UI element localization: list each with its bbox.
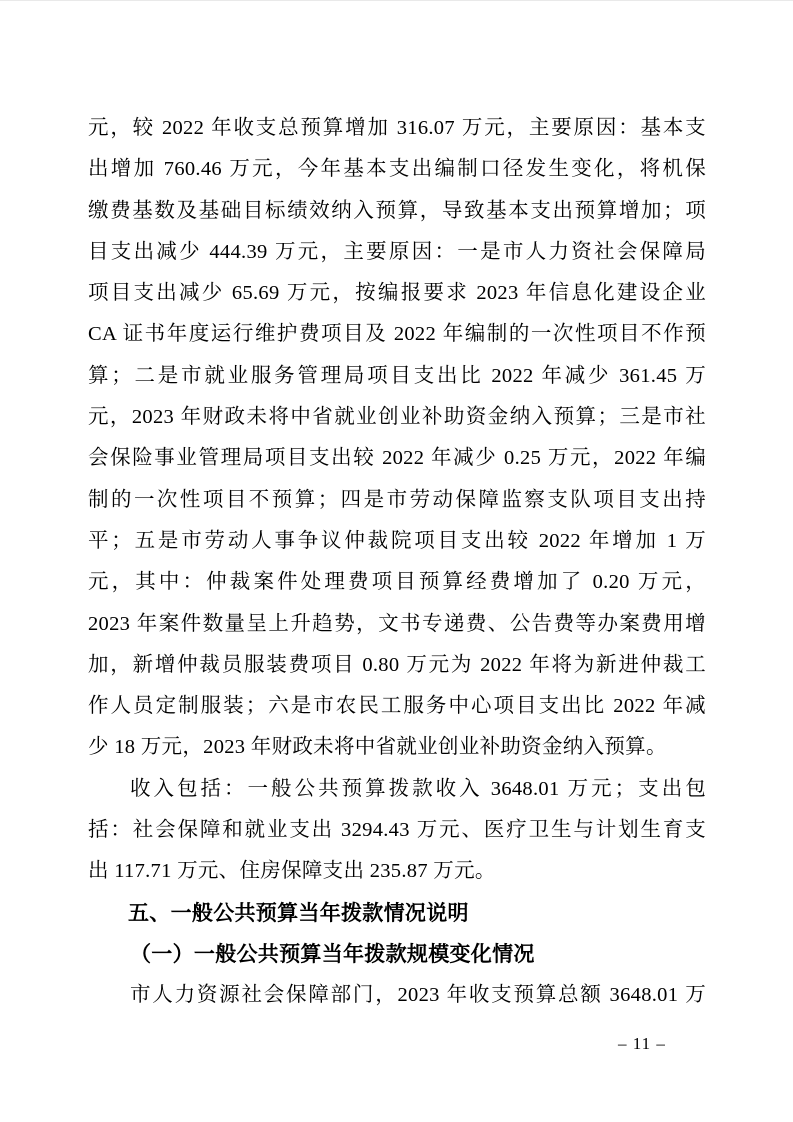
body-text-line: 制的一次性项目不预算；四是市劳动保障监察支队项目支出持 — [88, 480, 706, 521]
body-text-line: 加，新增仲裁员服装费项目 0.80 万元为 2022 年将为新进仲裁工 — [88, 645, 706, 686]
body-text-line: 目支出减少 444.39 万元，主要原因：一是市人力资社会保障局 — [88, 232, 706, 273]
body-text-line: 括：社会保障和就业支出 3294.43 万元、医疗卫生与计划生育支 — [88, 810, 706, 851]
body-text-line: 平；五是市劳动人事争议仲裁院项目支出较 2022 年增加 1 万 — [88, 521, 706, 562]
body-text-line: 元，较 2022 年收支总预算增加 316.07 万元，主要原因：基本支 — [88, 108, 706, 149]
body-text-line: 出 117.71 万元、住房保障支出 235.87 万元。 — [88, 851, 706, 892]
section-heading: 五、一般公共预算当年拨款情况说明 — [88, 893, 706, 934]
body-text-line: 会保险事业管理局项目支出较 2022 年减少 0.25 万元，2022 年编 — [88, 438, 706, 479]
body-text-line: 出增加 760.46 万元，今年基本支出编制口径发生变化，将机保 — [88, 149, 706, 190]
body-text-line: 作人员定制服装；六是市农民工服务中心项目支出比 2022 年减 — [88, 686, 706, 727]
body-text-line: CA 证书年度运行维护费项目及 2022 年编制的一次性项目不作预 — [88, 314, 706, 355]
document-body: 元，较 2022 年收支总预算增加 316.07 万元，主要原因：基本支 出增加… — [88, 108, 706, 1017]
body-text-line: 元，2023 年财政未将中省就业创业补助资金纳入预算；三是市社 — [88, 397, 706, 438]
body-text-line: 少 18 万元，2023 年财政未将中省就业创业补助资金纳入预算。 — [88, 727, 706, 768]
document-page: 元，较 2022 年收支总预算增加 316.07 万元，主要原因：基本支 出增加… — [0, 0, 793, 1122]
body-text-line: 项目支出减少 65.69 万元，按编报要求 2023 年信息化建设企业 — [88, 273, 706, 314]
body-text-line: 收入包括：一般公共预算拨款收入 3648.01 万元；支出包 — [88, 769, 706, 810]
page-number: – 11 – — [618, 1032, 666, 1056]
body-text-line: 2023 年案件数量呈上升趋势，文书专递费、公告费等办案费用增 — [88, 604, 706, 645]
body-text-line: 缴费基数及基础目标绩效纳入预算，导致基本支出预算增加；项 — [88, 191, 706, 232]
body-text-line: 算；二是市就业服务管理局项目支出比 2022 年减少 361.45 万 — [88, 356, 706, 397]
body-text-line: 市人力资源社会保障部门，2023 年收支预算总额 3648.01 万 — [88, 975, 706, 1016]
body-text-line: 元，其中：仲裁案件处理费项目预算经费增加了 0.20 万元， — [88, 562, 706, 603]
subsection-heading: （一）一般公共预算当年拨款规模变化情况 — [88, 934, 706, 975]
